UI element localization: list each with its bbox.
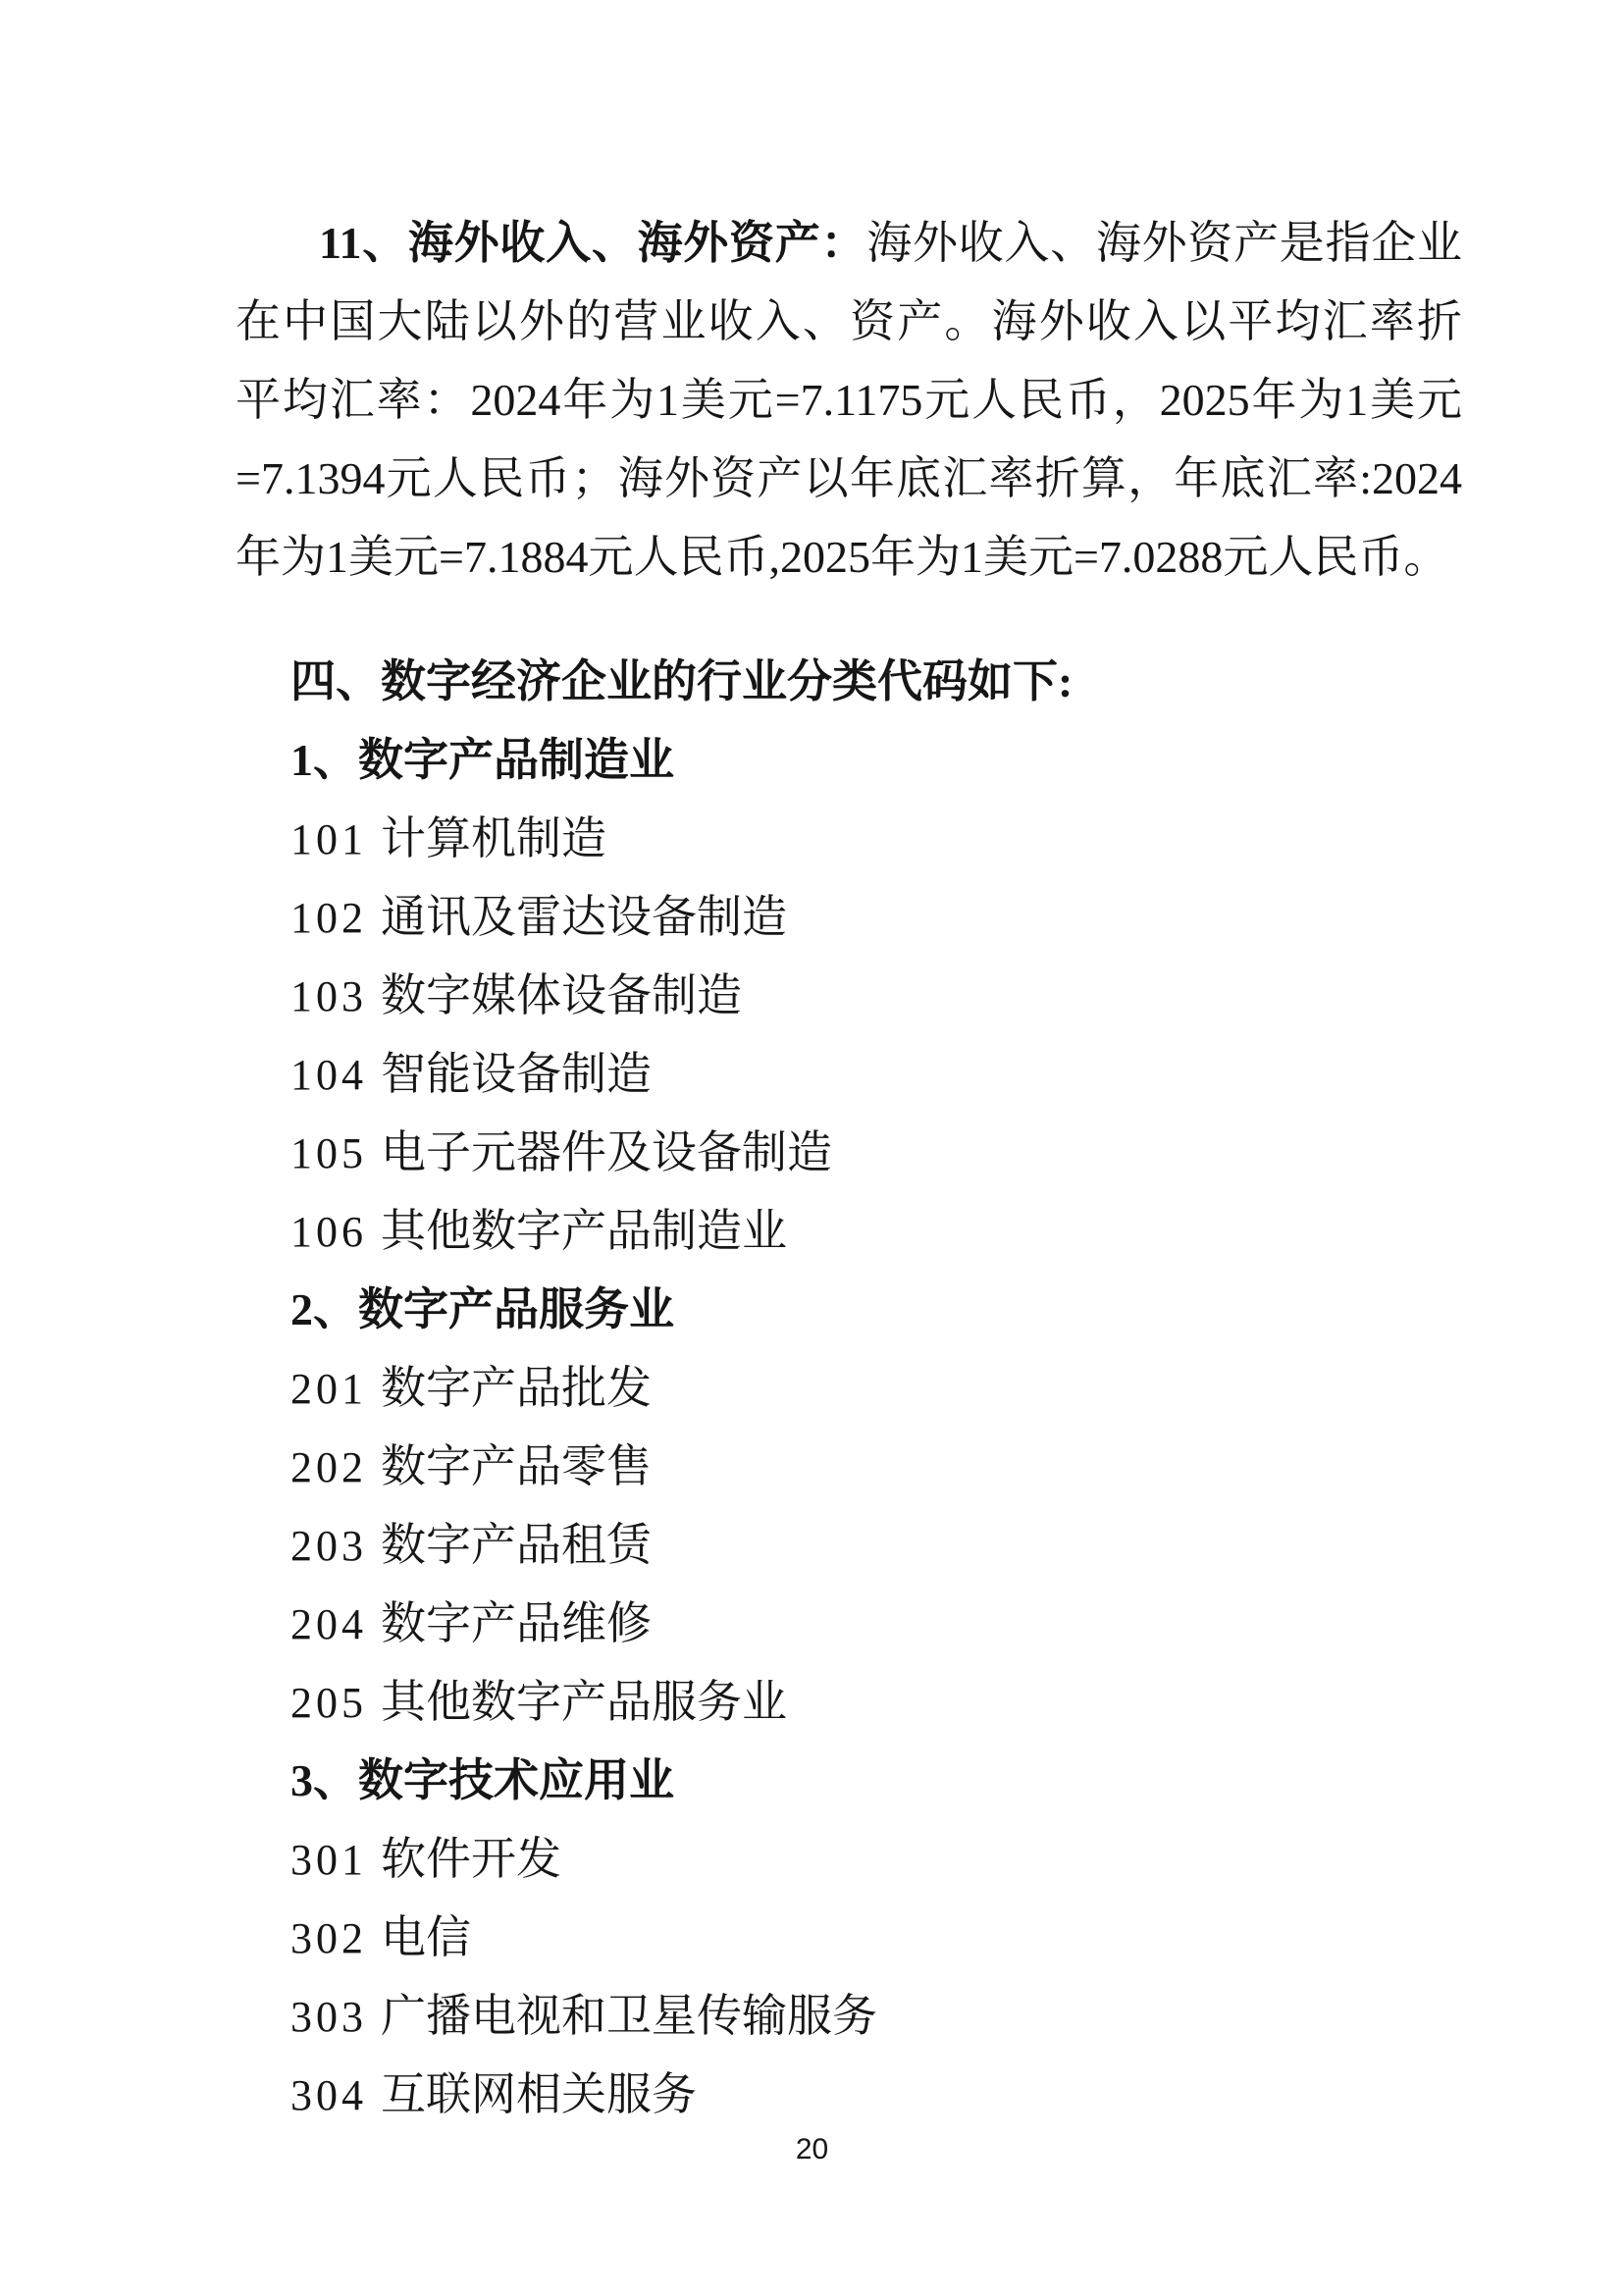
item-303: 303广播电视和卫星传输服务 [236,1977,1462,2056]
item-103-label: 数字媒体设备制造 [381,970,742,1020]
group-title-digital-product-services: 2、数字产品服务业 [236,1271,1462,1349]
item-203-label: 数字产品租赁 [381,1520,652,1570]
group-title-digital-technology-application: 3、数字技术应用业 [236,1742,1462,1820]
item-204-label: 数字产品维修 [381,1598,652,1648]
item-201: 201数字产品批发 [236,1349,1462,1428]
item-106-code: 106 [290,1193,381,1272]
item-301: 301软件开发 [236,1820,1462,1899]
item-202-code: 202 [290,1429,381,1507]
item-204-code: 204 [290,1586,381,1664]
item-101-code: 101 [290,801,381,879]
item-102: 102通讯及雷达设备制造 [236,878,1462,957]
item-102-label: 通讯及雷达设备制造 [381,892,787,942]
item-301-label: 软件开发 [381,1834,561,1884]
paragraph-line-2: 在中国大陆以外的营业收入、资产。海外收入以平均汇率折算， [236,283,1462,361]
item-304-code: 304 [290,2057,381,2135]
paragraph-line-4: =7.1394元人民币；海外资产以年底汇率折算，年底汇率:2024 [236,440,1462,518]
item-303-label: 广播电视和卫星传输服务 [381,1991,877,2041]
item-103: 103数字媒体设备制造 [236,957,1462,1035]
item-201-code: 201 [290,1350,381,1429]
item-201-label: 数字产品批发 [381,1363,652,1413]
industry-code-section: 四、数字经济企业的行业分类代码如下: 1、数字产品制造业 101计算机制造 10… [236,643,1462,2134]
paragraph-line-5: 年为1美元=7.1884元人民币,2025年为1美元=7.0288元人民币。 [236,518,1462,597]
paragraph-line-1-rest: 海外收入、海外资产是指企业 [866,218,1462,268]
item-104-label: 智能设备制造 [381,1049,652,1099]
paragraph-line-3: 平均汇率：2024年为1美元=7.1175元人民币，2025年为1美元 [236,361,1462,440]
page-number: 20 [0,2133,1624,2166]
item-301-code: 301 [290,1821,381,1900]
item-302: 302电信 [236,1899,1462,1977]
item-203-code: 203 [290,1507,381,1586]
item-205-label: 其他数字产品服务业 [381,1677,787,1727]
item-202: 202数字产品零售 [236,1428,1462,1506]
page-content: 11、海外收入、海外资产：海外收入、海外资产是指企业 在中国大陆以外的营业收入、… [236,204,1462,2134]
item-302-code: 302 [290,1900,381,1978]
item-304: 304互联网相关服务 [236,2056,1462,2134]
item-105-code: 105 [290,1115,381,1193]
item-302-label: 电信 [381,1912,471,1962]
item-103-code: 103 [290,958,381,1036]
item-104-code: 104 [290,1036,381,1115]
section-heading: 四、数字经济企业的行业分类代码如下: [236,643,1462,721]
item-202-label: 数字产品零售 [381,1441,652,1491]
item-105: 105电子元器件及设备制造 [236,1114,1462,1192]
item-203: 203数字产品租赁 [236,1506,1462,1585]
item-104: 104智能设备制造 [236,1035,1462,1114]
item-205-code: 205 [290,1664,381,1743]
item-205: 205其他数字产品服务业 [236,1663,1462,1742]
item-303-code: 303 [290,1978,381,2057]
document-page: 11、海外收入、海外资产：海外收入、海外资产是指企业 在中国大陆以外的营业收入、… [0,0,1624,2295]
item-102-code: 102 [290,879,381,958]
paragraph-lead-bold: 11、海外收入、海外资产： [319,218,866,268]
paragraph-line-1: 11、海外收入、海外资产：海外收入、海外资产是指企业 [236,204,1462,283]
item-106-label: 其他数字产品制造业 [381,1206,787,1256]
item-304-label: 互联网相关服务 [381,2069,697,2119]
item-105-label: 电子元器件及设备制造 [381,1127,832,1177]
group-title-digital-product-manufacturing: 1、数字产品制造业 [236,721,1462,800]
item-106: 106其他数字产品制造业 [236,1192,1462,1271]
item-101-label: 计算机制造 [381,813,606,863]
item-204: 204数字产品维修 [236,1585,1462,1663]
paragraph-overseas-income-assets: 11、海外收入、海外资产：海外收入、海外资产是指企业 在中国大陆以外的营业收入、… [236,204,1462,597]
item-101: 101计算机制造 [236,800,1462,878]
